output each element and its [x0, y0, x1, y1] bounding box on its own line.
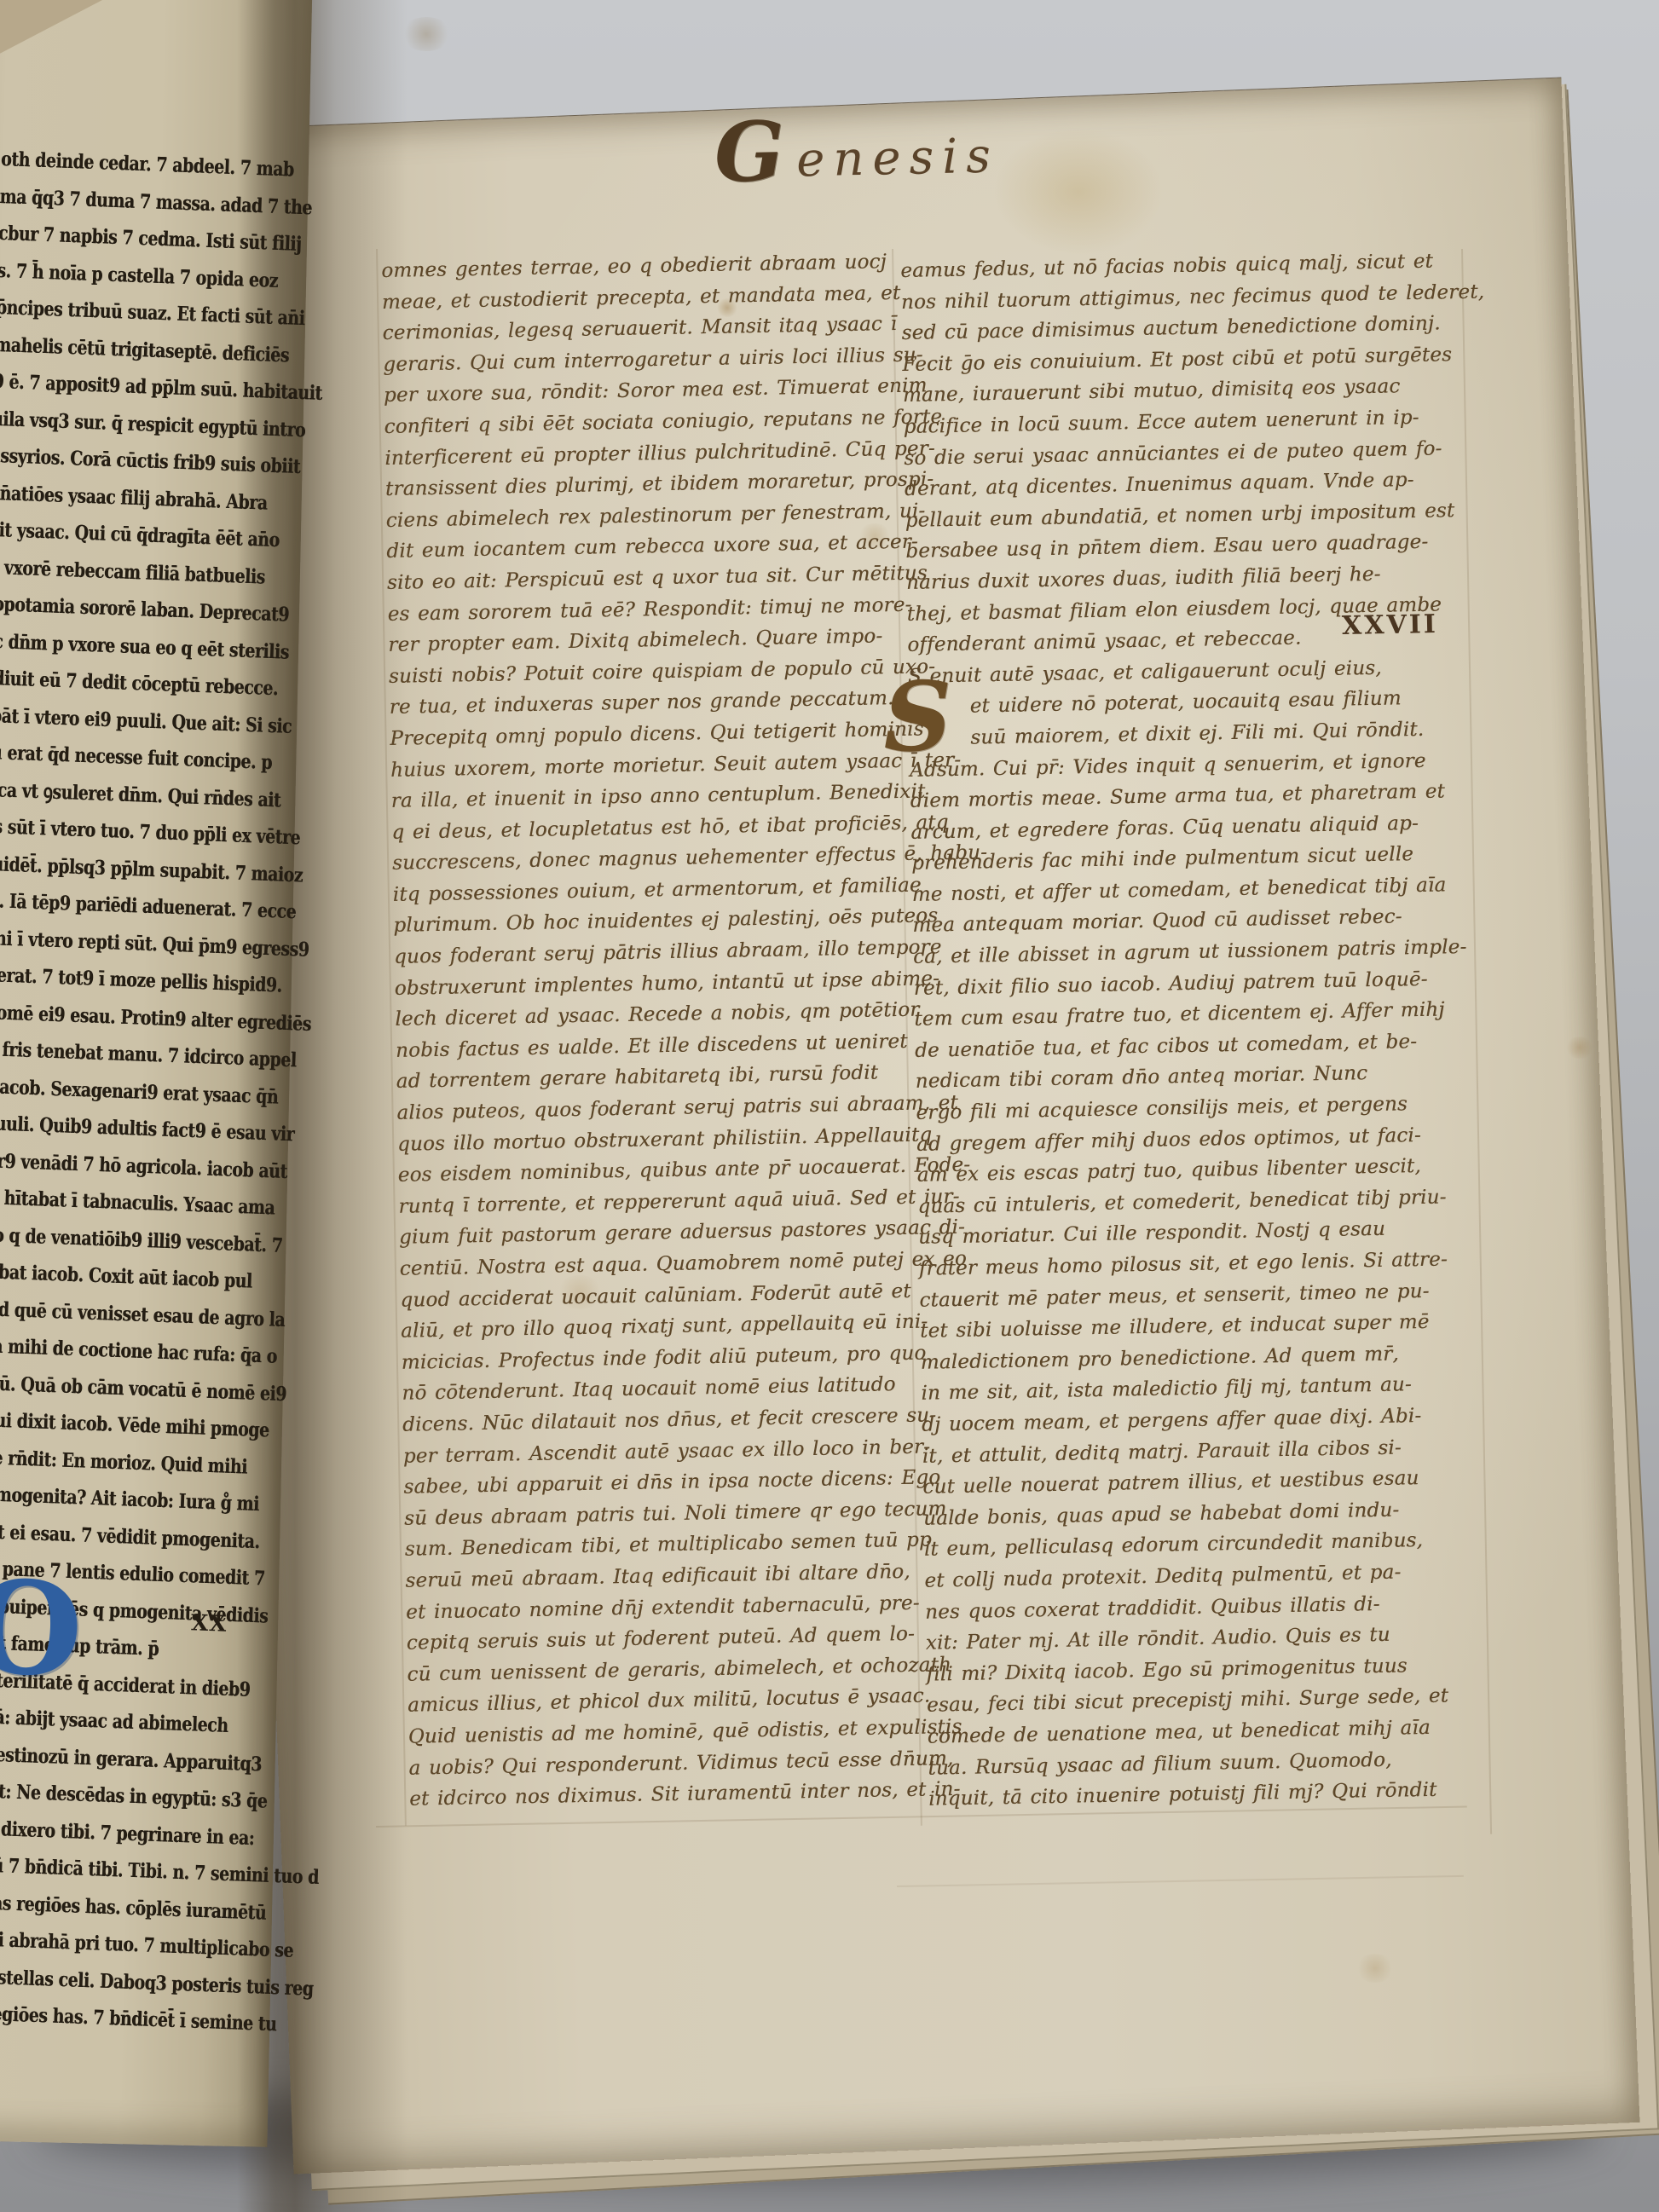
- manuscript-column-1: omnes gentes terrae, eo q obedierit abra…: [381, 246, 921, 1815]
- chapter-number-xxvii: XXVII: [1342, 609, 1439, 641]
- column2-pre-chapter-lines: eamus fedus, ut nō facias nobis quicq ma…: [900, 245, 1471, 661]
- paper-stain: [993, 128, 1164, 256]
- photo-of-open-book: { "book": { "header": { "full_title": "G…: [0, 0, 1659, 2212]
- running-head-genesis: G enesis: [714, 107, 1000, 194]
- left-page-corner-shade: [0, 0, 151, 68]
- chapter-27-indented-lines: et uidere nō poterat, uocauitq esau fili…: [908, 682, 1471, 754]
- chapter-27-body-lines: Adsum. Cui pr̄: Vides inquit q senuerim,…: [910, 744, 1492, 1815]
- header-initial-letter: G: [714, 111, 785, 194]
- manuscript-column-2: eamus fedus, ut nō facias nobis quicq ma…: [900, 245, 1491, 1815]
- left-page-chapter-marker: XX: [190, 1610, 227, 1637]
- foxing-spot: [401, 17, 452, 51]
- blue-decorated-initial: O: [0, 1563, 84, 1695]
- chapter-drop-cap-s: S: [882, 669, 953, 765]
- header-title-script: enesis: [796, 129, 1000, 188]
